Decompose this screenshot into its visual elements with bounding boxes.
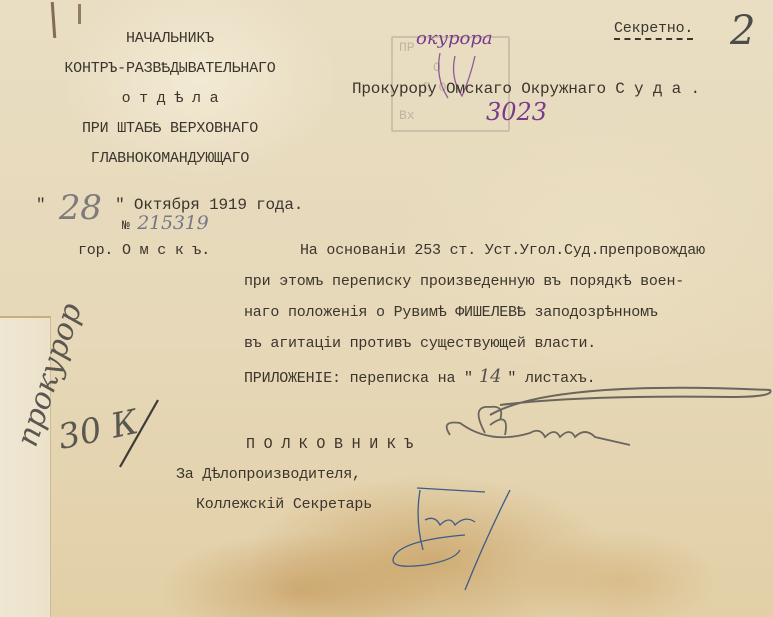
- header-line-4: ПРИ ШТАБѢ ВЕРХОВНАГО: [40, 120, 300, 137]
- attachment-label: ПРИЛОЖЕНIЕ:: [244, 370, 341, 387]
- header-line-2: КОНТРЪ-РАЗВѢДЫВАТЕЛЬНАГО: [40, 60, 300, 77]
- secretary-title: Коллежскiй Секретарь: [196, 496, 372, 513]
- outgoing-number: № 215319: [122, 212, 209, 234]
- number-sign: №: [122, 218, 130, 233]
- colonel-signature: [430, 375, 773, 465]
- document-page: НАЧАЛЬНИКЪ КОНТРЪ-РАЗВѢДЫВАТЕЛЬНАГО о т …: [0, 0, 773, 617]
- body-line-3: наго положенiя о Рувимѣ ФИШЕЛЕВѢ заподоз…: [244, 304, 658, 321]
- incoming-number-handwritten: 3023: [486, 98, 547, 126]
- rank-label: П О Л К О В Н И К Ъ: [246, 436, 413, 453]
- header-line-1: НАЧАЛЬНИКЪ: [40, 30, 300, 47]
- city-line: гор. О м с к ъ.: [78, 242, 210, 259]
- page-number-handwritten: 2: [730, 8, 755, 54]
- secretary-signature: [365, 480, 525, 600]
- stamp-annotation-handwritten: окурора: [416, 28, 493, 49]
- body-line-1: На основанiи 253 ст. Уст.Угол.Суд.препро…: [300, 242, 705, 259]
- secret-label: Секретно.: [614, 20, 693, 40]
- ink-mark: [78, 4, 81, 24]
- outgoing-number-handwritten: 215319: [137, 212, 208, 234]
- date-day-handwritten: 28: [59, 188, 102, 228]
- date-quote-open: ": [36, 196, 45, 214]
- classification-label: Секретно.: [614, 20, 693, 37]
- pencil-slash: [110, 395, 170, 475]
- for-clerk-label: За Дѣлопроизводителя,: [176, 466, 361, 483]
- stamp-text: Вх: [399, 108, 415, 123]
- stamp-text: ПР: [399, 40, 415, 55]
- header-line-3: о т д ѣ л а: [40, 90, 300, 107]
- header-line-5: ГЛАВНОКОМАНДУЮЩАГО: [40, 150, 300, 167]
- body-line-2: при этомъ переписку произведенную въ пор…: [244, 273, 684, 290]
- addressee-line: Прокурору Омскаго Окружнаго С у д а .: [352, 80, 700, 98]
- body-line-4: въ агитацiи противъ существующей власти.: [244, 335, 596, 352]
